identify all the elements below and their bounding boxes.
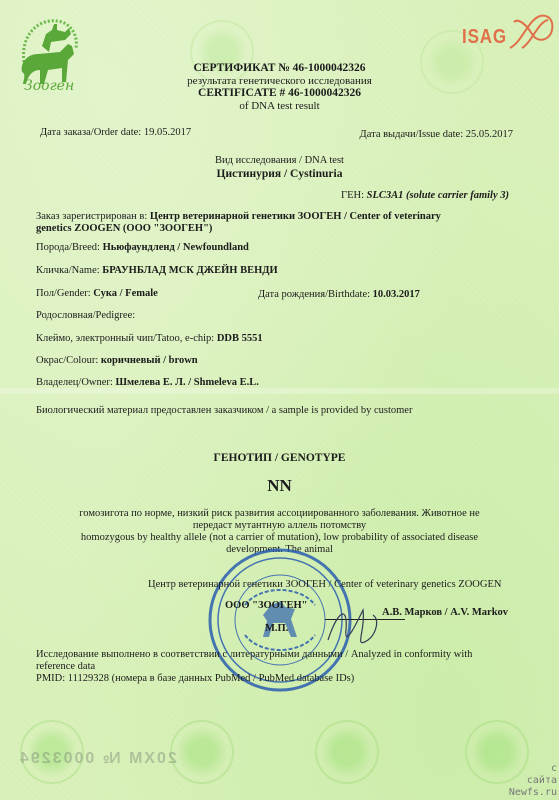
- pedigree-label: Родословная/Pedigree:: [36, 310, 135, 321]
- signature-company: ООО "ЗООГЕН": [225, 600, 308, 611]
- genotype-value: NN: [0, 476, 559, 496]
- birthdate-label: Дата рождения/Birthdate:: [258, 289, 373, 300]
- genotype-desc-ru-1: гомозигота по норме, низкий риск развити…: [0, 508, 559, 519]
- pmid-note: PMID: 11129328 (номера в базе данных Pub…: [36, 673, 516, 684]
- colour-label: Окрас/Colour:: [36, 355, 101, 366]
- gene-line: ГЕН: SLC3A1 (solute carrier family 3): [341, 190, 509, 201]
- site-watermark-2: сайта: [527, 775, 557, 786]
- analyzed-note-1: Исследование выполнено в соответствии с …: [36, 649, 516, 660]
- certificate-subtitle-en: of DNA test result: [0, 100, 559, 112]
- gender-label: Пол/Gender:: [36, 288, 93, 299]
- name-line: Кличка/Name: БРАУНБЛАД МСК ДЖЕЙН ВЕНДИ: [36, 265, 278, 276]
- watermark-rosette-icon: [465, 720, 529, 784]
- name-value: БРАУНБЛАД МСК ДЖЕЙН ВЕНДИ: [102, 265, 277, 276]
- form-number-mirrored: 20ХМ № 0003294: [18, 750, 177, 768]
- certificate-title-en: CERTIFICATE # 46-1000042326: [0, 87, 559, 99]
- colour-line: Окрас/Colour: коричневый / brown: [36, 355, 198, 366]
- chip-label: Клеймо, электронный чип/Tatoo, e-chip:: [36, 333, 217, 344]
- owner-line: Владелец/Owner: Шмелева Е. Л. / Shmeleva…: [36, 377, 259, 388]
- gene-value: SLC3A1 (solute carrier family 3): [367, 190, 509, 201]
- dna-helix-icon: [508, 12, 558, 50]
- gene-label: ГЕН:: [341, 190, 367, 201]
- colour-value: коричневый / brown: [101, 355, 198, 366]
- isag-logo: ISAG: [462, 26, 507, 49]
- registered-value: Центр ветеринарной генетики ЗООГЕН / Cen…: [150, 211, 441, 222]
- owner-label: Владелец/Owner:: [36, 377, 115, 388]
- paper-stripe: [0, 388, 559, 394]
- gender-line: Пол/Gender: Сука / Female: [36, 288, 158, 299]
- birthdate-value: 10.03.2017: [373, 289, 420, 300]
- test-label: Вид исследования / DNA test: [0, 155, 559, 166]
- birthdate-line: Дата рождения/Birthdate: 10.03.2017: [258, 289, 420, 300]
- watermark-rosette-icon: [170, 720, 234, 784]
- test-name: Цистинурия / Cystinuria: [0, 168, 559, 180]
- certificate-subtitle-ru: результата генетического исследования: [0, 75, 559, 87]
- breed-label: Порода/Breed:: [36, 242, 103, 253]
- signer-name: А.В. Марков / A.V. Markov: [382, 607, 508, 618]
- site-watermark-3: Newfs.ru: [509, 787, 557, 798]
- genotype-label: ГЕНОТИП / GENOTYPE: [0, 452, 559, 464]
- breed-line: Порода/Breed: Ньюфаундленд / Newfoundlan…: [36, 242, 249, 253]
- order-date: Дата заказа/Order date: 19.05.2017: [40, 127, 191, 138]
- genotype-desc-en-1: homozygous by healthy allele (not a carr…: [0, 532, 559, 543]
- watermark-rosette-icon: [315, 720, 379, 784]
- genotype-desc-ru-2: передаст мутантную аллель потомству: [0, 520, 559, 531]
- registered-label: Заказ зарегистрирован в:: [36, 211, 150, 222]
- registered-value-2: genetics ZOOGEN (ООО "ЗООГЕН"): [36, 223, 212, 234]
- analyzed-note-2: reference data: [36, 661, 516, 672]
- gender-value: Сука / Female: [93, 288, 158, 299]
- sample-note: Биологический материал предоставлен зака…: [36, 405, 412, 416]
- stamp-place: М.П.: [265, 623, 288, 634]
- name-label: Кличка/Name:: [36, 265, 102, 276]
- chip-value: DDB 5551: [217, 333, 263, 344]
- registered-line: Заказ зарегистрирован в: Центр ветеринар…: [36, 211, 441, 222]
- issue-date: Дата выдачи/Issue date: 25.05.2017: [360, 129, 513, 140]
- signature-org: Центр ветеринарной генетики ЗООГЕН / Cen…: [148, 579, 548, 590]
- chip-line: Клеймо, электронный чип/Tatoo, e-chip: D…: [36, 333, 263, 344]
- certificate-title-ru: СЕРТИФИКАТ № 46-1000042326: [0, 62, 559, 74]
- site-watermark-1: с: [551, 763, 557, 774]
- breed-value: Ньюфаундленд / Newfoundland: [103, 242, 249, 253]
- owner-value: Шмелева Е. Л. / Shmeleva E.L.: [115, 377, 258, 388]
